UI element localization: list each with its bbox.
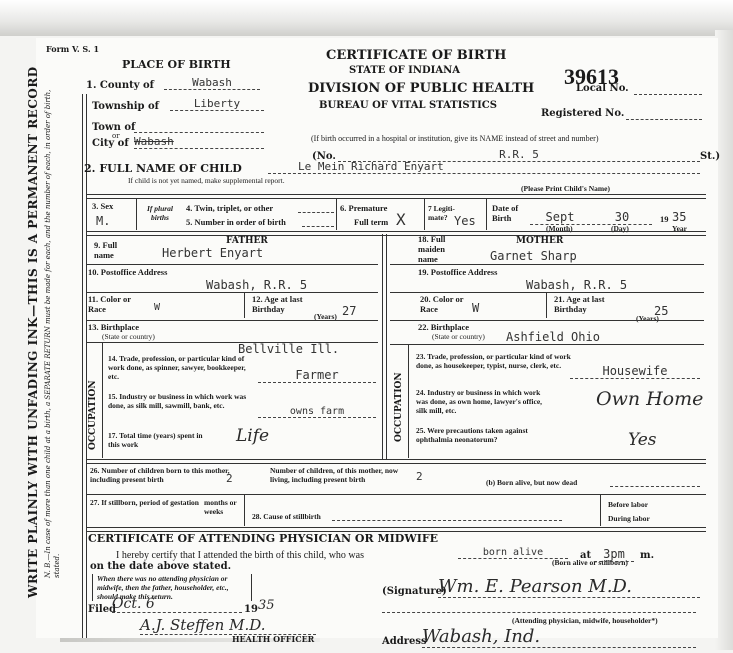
township-label: Township of <box>92 101 159 112</box>
father-heading: FATHER <box>226 236 268 246</box>
certificate-title: CERTIFICATE OF BIRTH <box>326 48 506 63</box>
precautions-value: Yes <box>628 430 657 450</box>
local-no-label: Local No. <box>576 83 629 94</box>
form-id: Form V. S. 1 <box>46 44 99 54</box>
children-living: 2 <box>416 470 423 483</box>
dob-day: 30 <box>592 210 652 225</box>
birth-time: 3pm <box>594 547 634 562</box>
margin-rule <box>82 94 87 638</box>
city-label: City of <box>92 138 129 149</box>
state-name: STATE OF INDIANA <box>349 65 460 76</box>
health-officer-signature: A.J. Steffen M.D. <box>140 616 316 635</box>
mother-heading: MOTHER <box>516 236 563 246</box>
physician-signature: Wm. E. Pearson M.D. <box>438 576 700 598</box>
dob-year: 35 <box>672 210 686 224</box>
township-field: Liberty <box>170 97 264 111</box>
mother-trade: Housewife <box>570 364 700 379</box>
county-label: 1. County of <box>86 80 154 91</box>
father-industry: owns farm <box>258 406 376 418</box>
filed-date: Oct. 6 <box>112 596 242 613</box>
father-address: Wabash, R.R. 5 <box>206 278 307 292</box>
father-name: Herbert Enyart <box>162 246 263 260</box>
children-born: 2 <box>226 472 233 485</box>
mother-industry: Own Home <box>596 388 703 410</box>
mother-occupation-label: OCCUPATION <box>394 372 404 442</box>
legitimate-field: Yes <box>454 214 476 228</box>
registered-no-label: Registered No. <box>541 108 624 119</box>
county-field: Wabash <box>164 76 260 90</box>
father-trade: Farmer <box>258 368 376 383</box>
margin-note: N. B.—In case of more than one child at … <box>44 78 62 578</box>
mother-birthplace: Ashfield Ohio <box>506 330 600 344</box>
dob-month: Sept <box>530 210 590 225</box>
child-name-label: 2. FULL NAME OF CHILD <box>84 162 242 175</box>
mother-address: Wabash, R.R. 5 <box>526 278 627 292</box>
parent-divider <box>382 234 387 460</box>
father-race: W <box>154 302 160 313</box>
sex-field: M. <box>96 214 110 228</box>
full-term-mark: X <box>396 210 406 229</box>
bureau-name: BUREAU OF VITAL STATISTICS <box>319 100 497 111</box>
filed-year: 35 <box>258 598 275 613</box>
physician-certificate-heading: CERTIFICATE OF ATTENDING PHYSICIAN OR MI… <box>88 532 438 545</box>
margin-instruction: WRITE PLAINLY WITH UNFADING INK—THIS IS … <box>26 66 40 598</box>
scan-shadow-top <box>0 0 733 36</box>
child-name-field: Le Mein Richard Enyart <box>268 160 700 174</box>
hospital-note: (If birth occurred in a hospital or inst… <box>311 134 599 143</box>
mother-race: W <box>472 301 479 315</box>
mother-name: Garnet Sharp <box>490 249 577 263</box>
place-of-birth-heading: PLACE OF BIRTH <box>122 58 231 71</box>
city-field: Wabash <box>134 135 264 149</box>
father-time: Life <box>236 426 269 446</box>
division-name: DIVISION OF PUBLIC HEALTH <box>308 81 534 96</box>
physician-address: Wabash, Ind. <box>422 626 696 648</box>
father-occupation-label: OCCUPATION <box>88 380 98 450</box>
father-age: 27 <box>342 304 356 318</box>
birth-certificate: WRITE PLAINLY WITH UNFADING INK—THIS IS … <box>36 38 718 638</box>
